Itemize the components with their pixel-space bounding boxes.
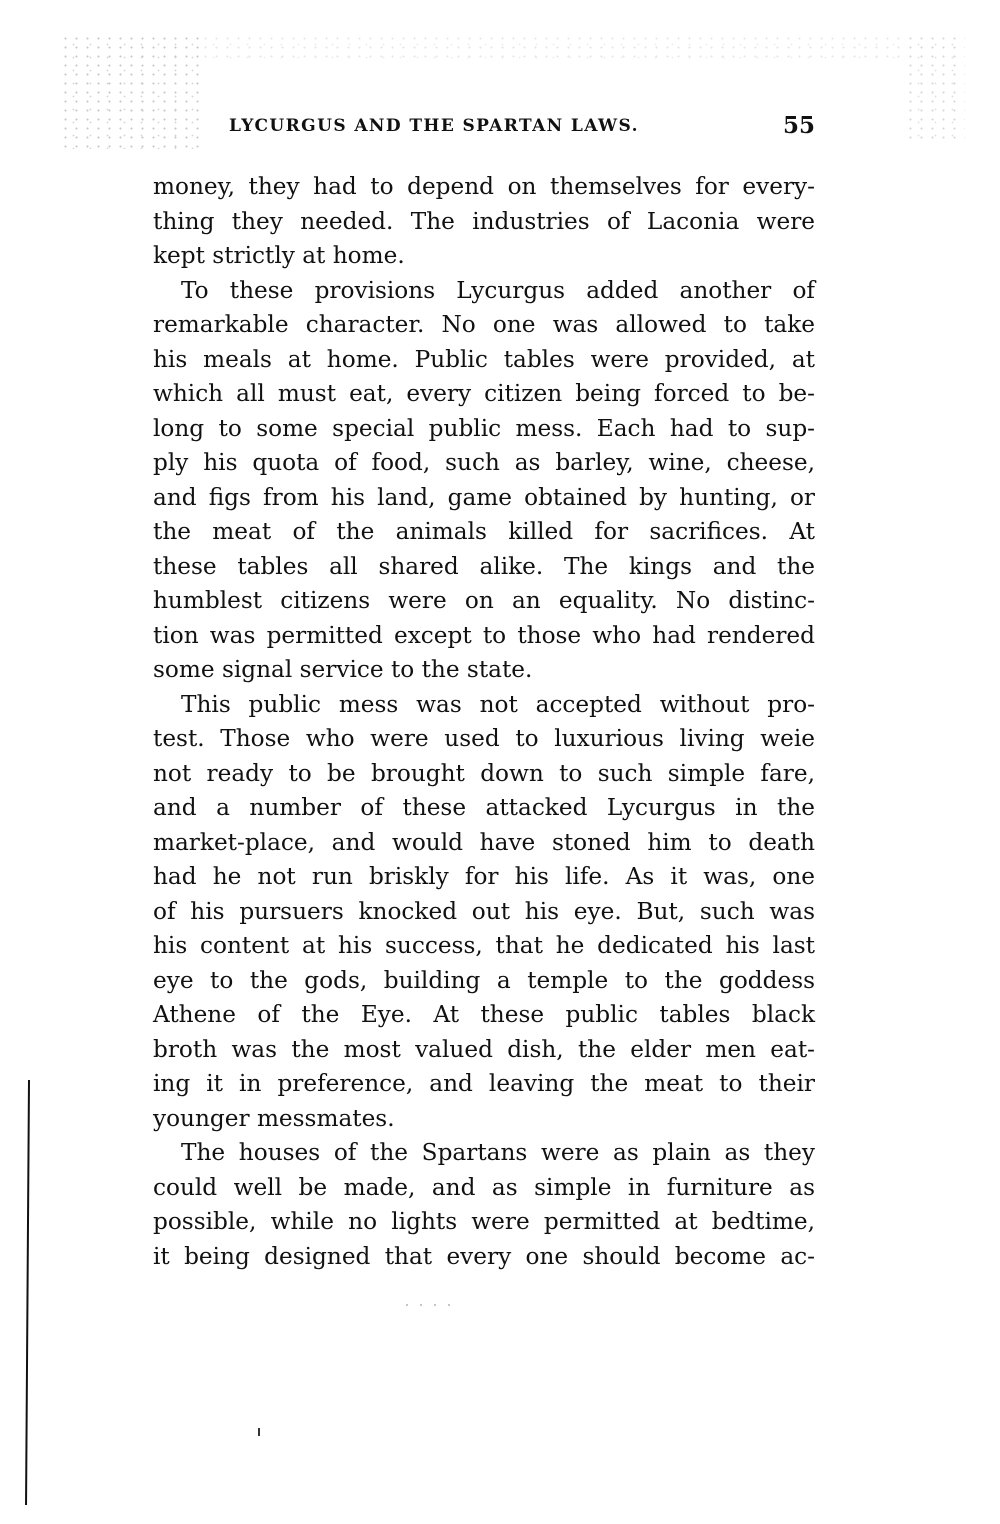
paragraph-1: money, they had to depend on themselves …	[153, 170, 815, 274]
scan-noise-top	[200, 34, 900, 64]
page-number: 55	[783, 112, 815, 139]
text-line: long to some special public mess. Each h…	[153, 412, 815, 447]
paragraph-4: The houses of the Spartans were as plain…	[153, 1136, 815, 1274]
text-line: ply his quota of food, such as barley, w…	[153, 446, 815, 481]
text-line: remarkable character. No one was allowed…	[153, 308, 815, 343]
text-line: younger messmates.	[153, 1102, 815, 1137]
text-line: his meals at home. Public tables were pr…	[153, 343, 815, 378]
text-line: and figs from his land, game obtained by…	[153, 481, 815, 516]
text-line: of his pursuers knocked out his eye. But…	[153, 895, 815, 930]
book-page: LYCURGUS AND THE SPARTAN LAWS. 55 money,…	[153, 112, 815, 1274]
text-line: some signal service to the state.	[153, 653, 815, 688]
text-line: The houses of the Spartans were as plain…	[153, 1136, 815, 1171]
text-line: tion was permitted except to those who h…	[153, 619, 815, 654]
text-line: This public mess was not accepted withou…	[153, 688, 815, 723]
text-line: not ready to be brought down to such sim…	[153, 757, 815, 792]
text-line: market-place, and would have stoned him …	[153, 826, 815, 861]
text-line: eye to the gods, building a temple to th…	[153, 964, 815, 999]
paragraph-2: To these provisions Lycurgus added anoth…	[153, 274, 815, 688]
text-line: possible, while no lights were permitted…	[153, 1205, 815, 1240]
running-head: LYCURGUS AND THE SPARTAN LAWS. 55	[153, 112, 815, 152]
text-line: Athene of the Eye. At these public table…	[153, 998, 815, 1033]
text-line: his content at his success, that he dedi…	[153, 929, 815, 964]
text-line: test. Those who were used to luxurious l…	[153, 722, 815, 757]
paragraph-3: This public mess was not accepted withou…	[153, 688, 815, 1137]
text-line: could well be made, and as simple in fur…	[153, 1171, 815, 1206]
text-line: it being designed that every one should …	[153, 1240, 815, 1275]
text-line: the meat of the animals killed for sacri…	[153, 515, 815, 550]
text-line: thing they needed. The industries of Lac…	[153, 205, 815, 240]
text-line: and a number of these attacked Lycurgus …	[153, 791, 815, 826]
scan-noise-bottom	[400, 1303, 460, 1307]
scan-mark	[258, 1428, 260, 1436]
binding-edge-line	[25, 1080, 30, 1505]
text-line: which all must eat, every citizen being …	[153, 377, 815, 412]
text-line: humblest citizens were on an equality. N…	[153, 584, 815, 619]
scan-noise-top-right	[905, 34, 965, 144]
text-line: broth was the most valued dish, the elde…	[153, 1033, 815, 1068]
text-line: money, they had to depend on themselves …	[153, 170, 815, 205]
text-line: To these provisions Lycurgus added anoth…	[153, 274, 815, 309]
text-line: ing it in preference, and leaving the me…	[153, 1067, 815, 1102]
text-line: had he not run briskly for his life. As …	[153, 860, 815, 895]
running-head-title: LYCURGUS AND THE SPARTAN LAWS.	[229, 116, 639, 136]
text-line: kept strictly at home.	[153, 239, 815, 274]
text-line: these tables all shared alike. The kings…	[153, 550, 815, 585]
